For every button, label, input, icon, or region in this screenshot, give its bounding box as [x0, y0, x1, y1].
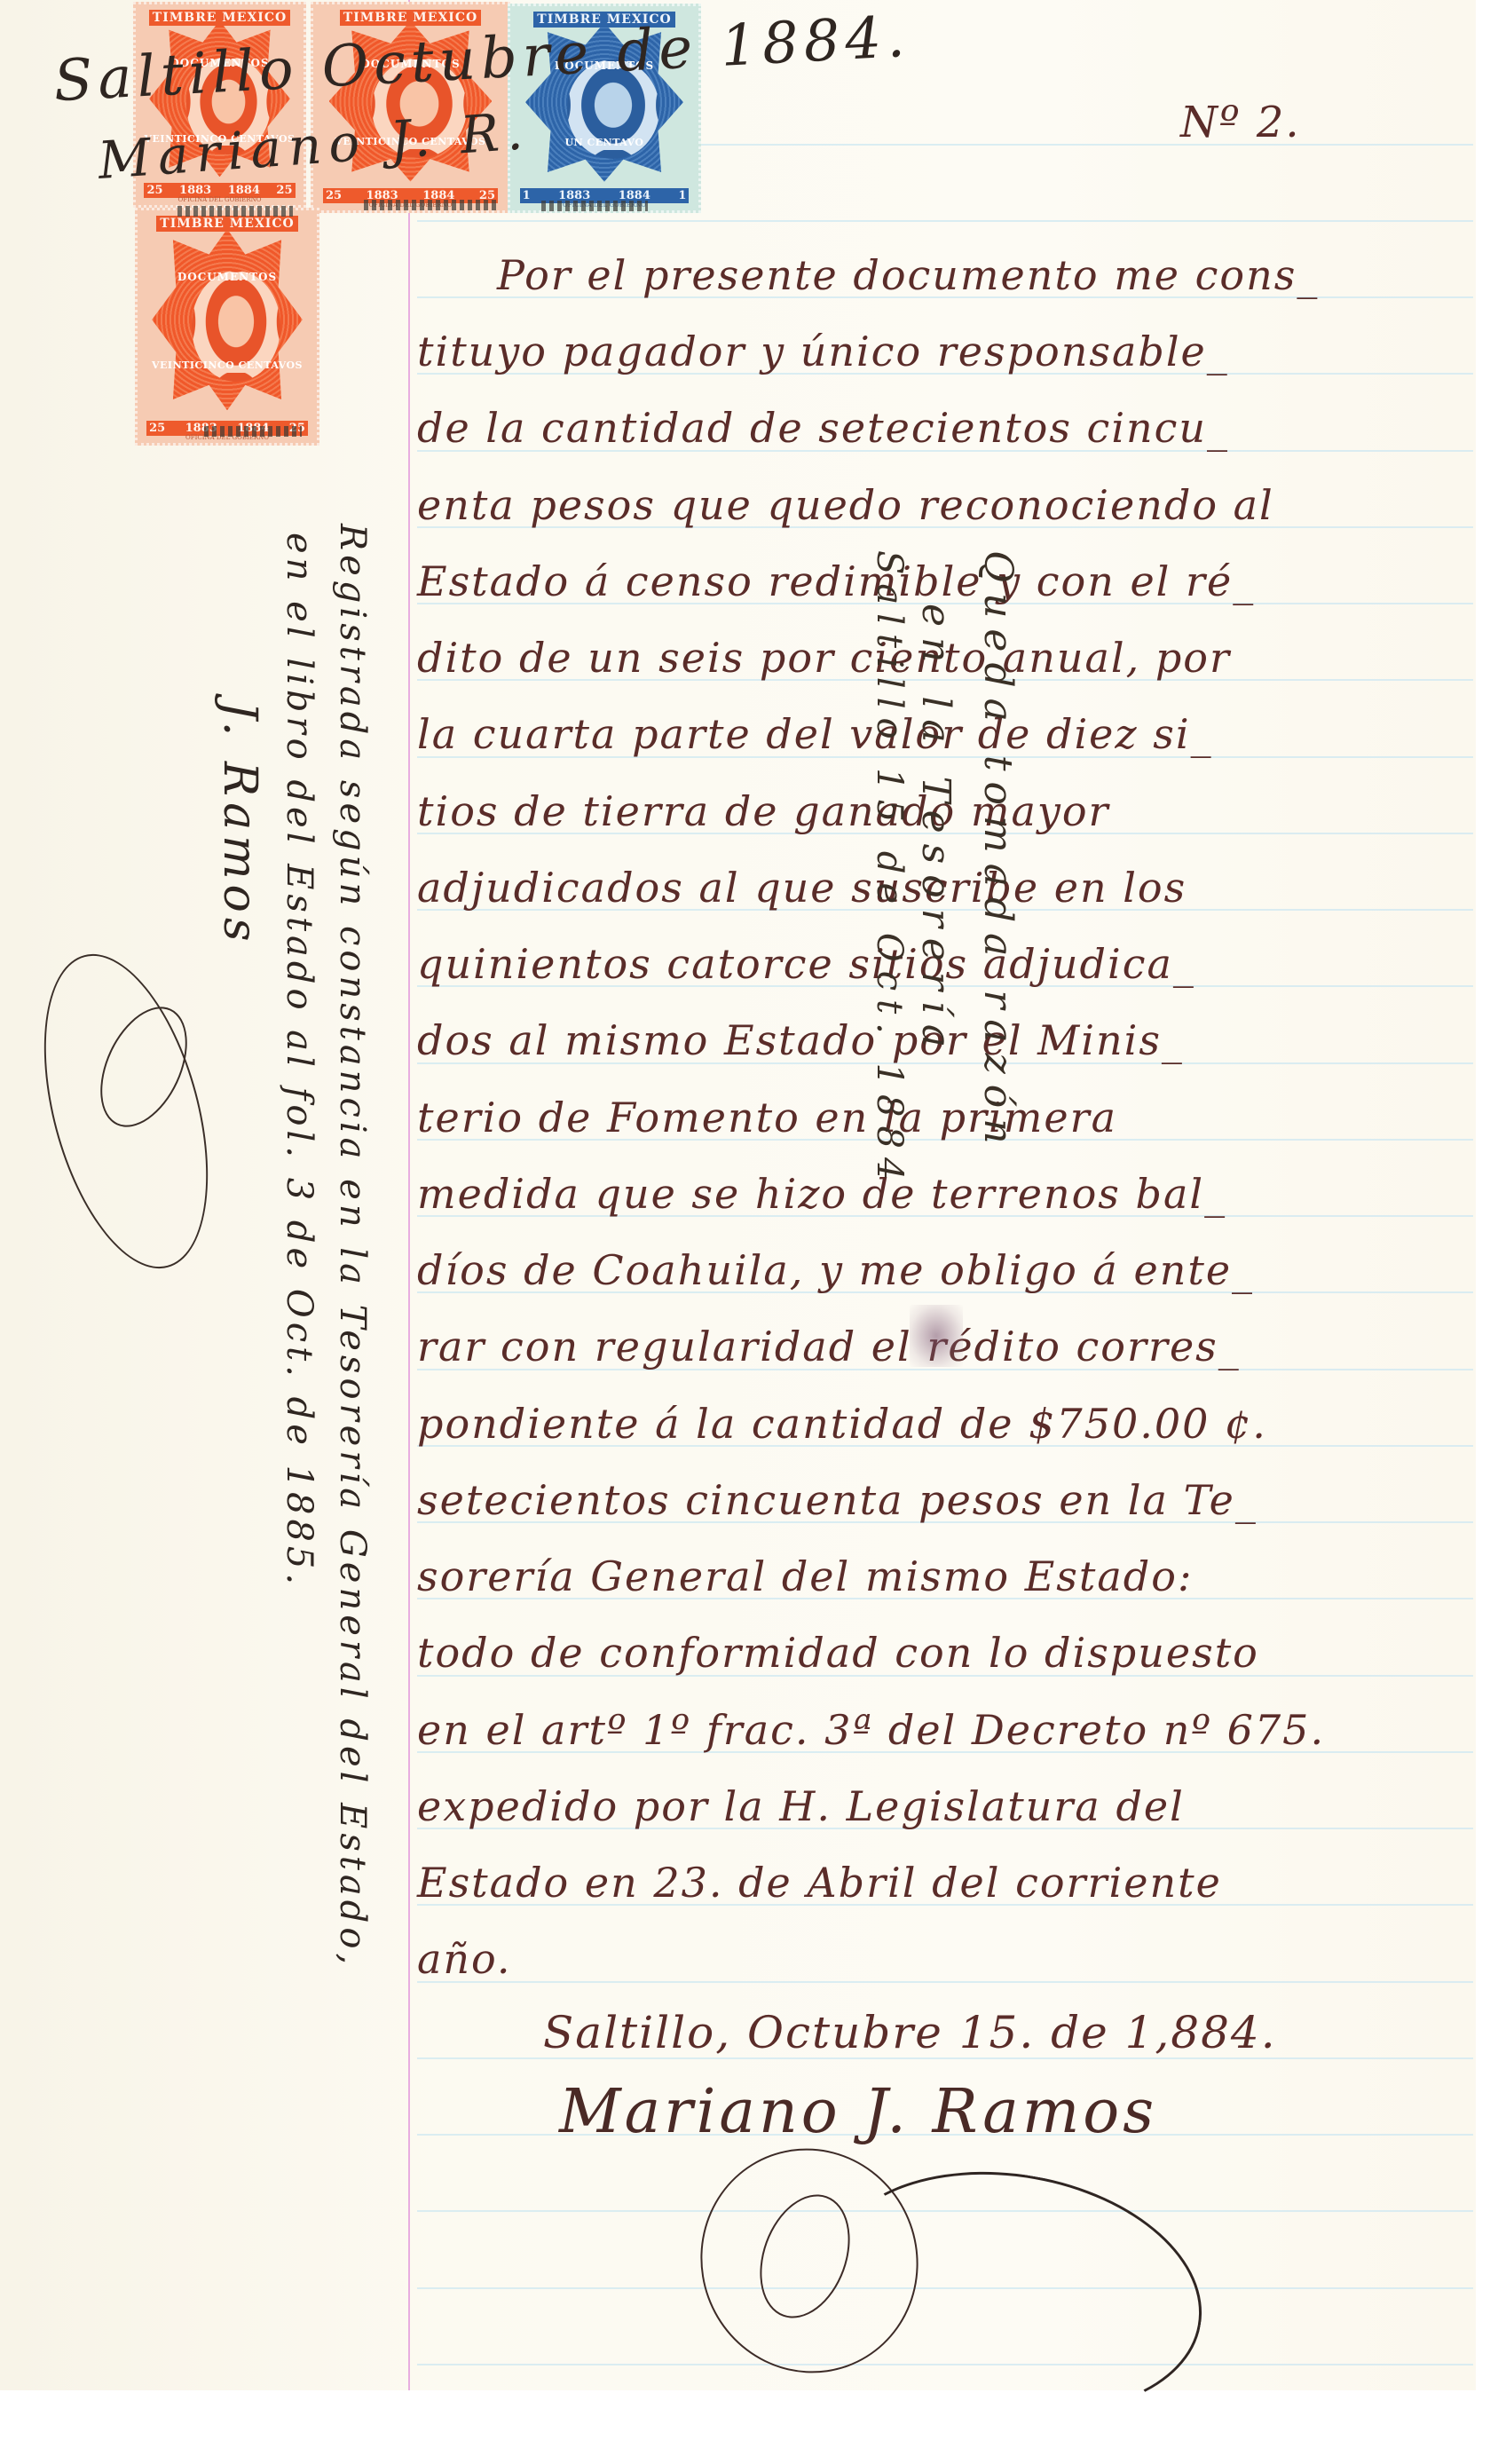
body-line: rar con regularidad el rédito corres_	[417, 1322, 1241, 1371]
place-date: Saltillo, Octubre 15. de 1,884.	[543, 2008, 1277, 2057]
body-line: año.	[417, 1934, 512, 1984]
cancellation-mark	[364, 200, 497, 210]
body-line: enta pesos que quedo reconociendo al	[417, 480, 1274, 530]
stamp-year: 1883	[179, 184, 211, 197]
document-number: Nº 2.	[1180, 98, 1301, 147]
stamp-category: DOCUMENTOS	[138, 271, 317, 283]
ink-blot	[910, 1305, 963, 1367]
margin-annotation-line2: en el libro del Estado al fol. 3 de Oct.…	[279, 533, 319, 1589]
center-annotation-line3: Saltillo 15 de Oct. 1884	[869, 550, 910, 1189]
stamp-office: OFICINA DEL GOBIERNO	[136, 196, 304, 203]
rule-line	[417, 1981, 1473, 1983]
cancellation-mark	[204, 426, 302, 437]
cancellation-mark	[177, 206, 293, 217]
body-line: adjudicados al que suscribe en los	[417, 863, 1187, 912]
document-paper: TIMBRE MEXICO DOCUMENTOS VEINTICINCO CEN…	[0, 0, 1476, 2390]
body-line: la cuarta parte del valor de diez si_	[417, 709, 1213, 759]
rule-line	[417, 220, 1473, 222]
stamp-value: 25	[276, 184, 292, 197]
stamp-value: 1	[678, 189, 686, 202]
body-line: expedido por la H. Legislatura del	[417, 1781, 1185, 1831]
stamp-value: 25	[149, 422, 165, 435]
stamp-value-text: UN CENTAVO	[510, 137, 698, 148]
cancellation-mark	[541, 201, 648, 211]
body-line: tituyo pagador y único responsable_	[417, 327, 1229, 376]
stamp-year: 1884	[228, 184, 260, 197]
signature: Mariano J. Ramos	[559, 2077, 1157, 2147]
body-line: medida que se hizo de terrenos bal_	[417, 1169, 1226, 1219]
stamp-top-label: TIMBRE MEXICO	[149, 10, 290, 26]
margin-line	[408, 0, 410, 2390]
body-line: en el artº 1º frac. 3ª del Decreto nº 67…	[417, 1705, 1325, 1755]
body-line: dito de un seis por ciento anual, por	[417, 633, 1231, 683]
revenue-stamp-25c: TIMBRE MEXICO DOCUMENTOS VEINTICINCO CEN…	[135, 208, 319, 446]
stamp-value: 1	[523, 189, 531, 202]
body-line: dos al mismo Estado por el Minis_	[417, 1015, 1184, 1065]
body-line: setecientos cincuenta pesos en la Te_	[417, 1475, 1258, 1525]
body-line: pondiente á la cantidad de $750.00 ¢.	[417, 1399, 1267, 1449]
stamp-value: 25	[326, 189, 342, 202]
stamp-value-text: VEINTICINCO CENTAVOS	[138, 359, 317, 371]
body-line: de la cantidad de setecientos cincu_	[417, 403, 1229, 453]
body-line: Estado á censo redimible y con el ré_	[417, 557, 1255, 606]
body-line: Por el presente documento me cons_	[497, 250, 1319, 300]
stamp-top-label: TIMBRE MEXICO	[156, 216, 297, 232]
margin-annotation-signature: J. Ramos	[213, 701, 266, 947]
body-line: Estado en 23. de Abril del corriente	[417, 1858, 1222, 1907]
body-line: sorería General del mismo Estado:	[417, 1552, 1193, 1601]
margin-annotation-line1: Registrada según constancia en la Tesore…	[332, 524, 373, 1969]
body-line: todo de conformidad con lo dispuesto	[417, 1628, 1259, 1678]
body-line: díos de Coahuila, y me obligo á ente_	[417, 1245, 1254, 1295]
stamp-top-label: TIMBRE MEXICO	[340, 10, 481, 26]
center-annotation-line1: Queda tomada razón	[975, 550, 1021, 1155]
body-line: quinientos catorce sitios adjudica_	[417, 939, 1195, 989]
center-annotation-line2: en la Tesorería	[913, 604, 958, 1058]
